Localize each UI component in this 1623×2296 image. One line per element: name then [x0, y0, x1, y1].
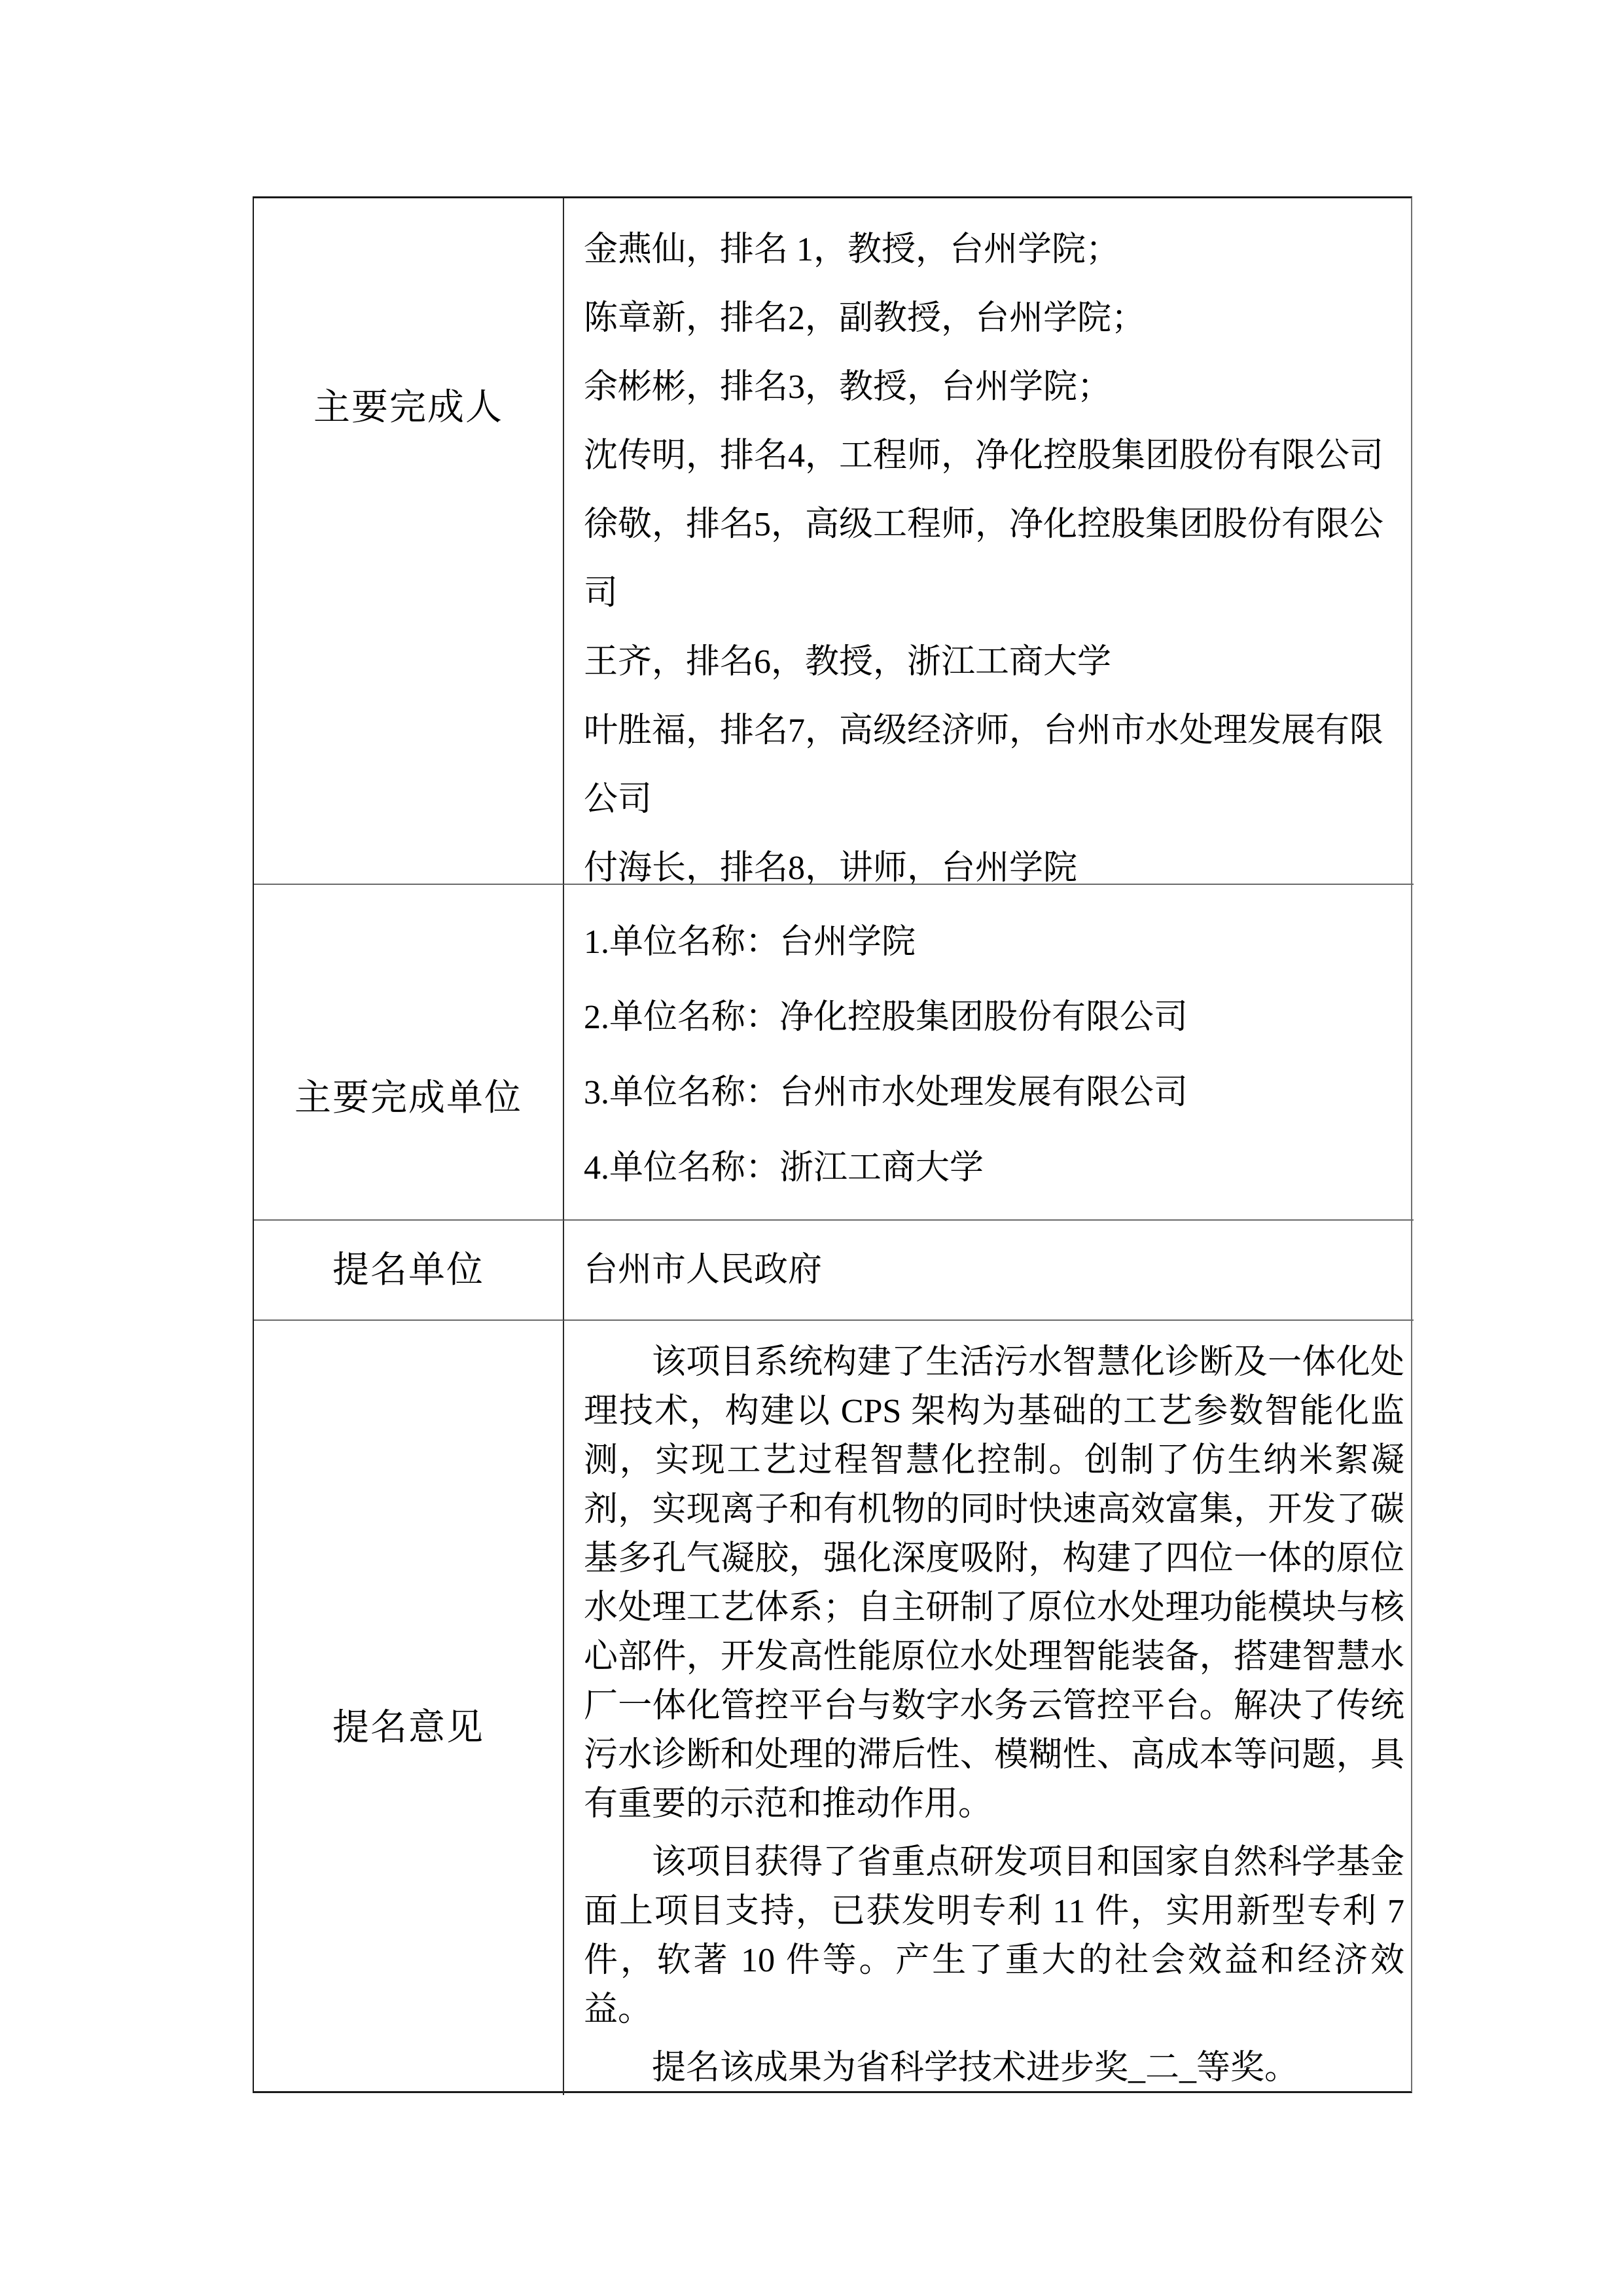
row-completers-label-cell: 主要完成人: [254, 198, 564, 885]
unit-entry: 2.单位名称：净化控股集团股份有限公司: [584, 980, 1404, 1055]
completer-entry: 叶胜福，排名7，高级经济师，台州市水处理发展有限公司: [584, 696, 1404, 834]
nomination-form-table: 主要完成人 金燕仙，排名 1，教授，台州学院；陈章新，排名2，副教授，台州学院；…: [253, 196, 1412, 2093]
document-page: { "table": { "rows": { "completers": { "…: [0, 0, 1623, 2296]
opinion-paragraph: 该项目系统构建了生活污水智慧化诊断及一体化处理技术，构建以 CPS 架构为基础的…: [584, 1338, 1404, 1829]
units-label: 主要完成单位: [294, 1079, 522, 1118]
row-units-label-cell: 主要完成单位: [254, 885, 564, 1221]
completer-entry: 余彬彬，排名3，教授，台州学院；: [584, 353, 1404, 422]
unit-entry: 3.单位名称：台州市水处理发展有限公司: [584, 1055, 1404, 1130]
row-nominator-label-cell: 提名单位: [254, 1221, 564, 1321]
completers-content-cell: 金燕仙，排名 1，教授，台州学院；陈章新，排名2，副教授，台州学院；余彬彬，排名…: [564, 198, 1414, 885]
completers-label: 主要完成人: [313, 388, 503, 427]
opinion-paragraph: 该项目获得了省重点研发项目和国家自然科学基金面上项目支持，已获发明专利 11 件…: [584, 1838, 1404, 2034]
nominator-label: 提名单位: [332, 1251, 484, 1290]
nominator-content-cell: 台州市人民政府: [564, 1221, 1414, 1321]
completer-entry: 沈传明，排名4，工程师，净化控股集团股份有限公司: [584, 422, 1404, 490]
completer-entry: 陈章新，排名2，副教授，台州学院；: [584, 284, 1404, 353]
nominator-entry: 台州市人民政府: [584, 1251, 822, 1290]
opinion-paragraph: 提名该成果为省科学技术进步奖_二_等奖。: [584, 2043, 1404, 2092]
opinion-content-cell: 该项目系统构建了生活污水智慧化诊断及一体化处理技术，构建以 CPS 架构为基础的…: [564, 1321, 1414, 2095]
opinion-label: 提名意见: [332, 1708, 484, 1748]
completer-entry: 徐敬，排名5，高级工程师，净化控股集团股份有限公司: [584, 490, 1404, 628]
completer-entry: 付海长，排名8，讲师，台州学院: [584, 834, 1404, 885]
completer-entry: 王齐，排名6，教授，浙江工商大学: [584, 628, 1404, 696]
unit-entry: 1.单位名称：台州学院: [584, 905, 1404, 980]
units-content-cell: 1.单位名称：台州学院2.单位名称：净化控股集团股份有限公司3.单位名称：台州市…: [564, 885, 1414, 1221]
row-opinion-label-cell: 提名意见: [254, 1321, 564, 2095]
completer-entry: 金燕仙，排名 1，教授，台州学院；: [584, 215, 1404, 284]
unit-entry: 4.单位名称：浙江工商大学: [584, 1130, 1404, 1206]
